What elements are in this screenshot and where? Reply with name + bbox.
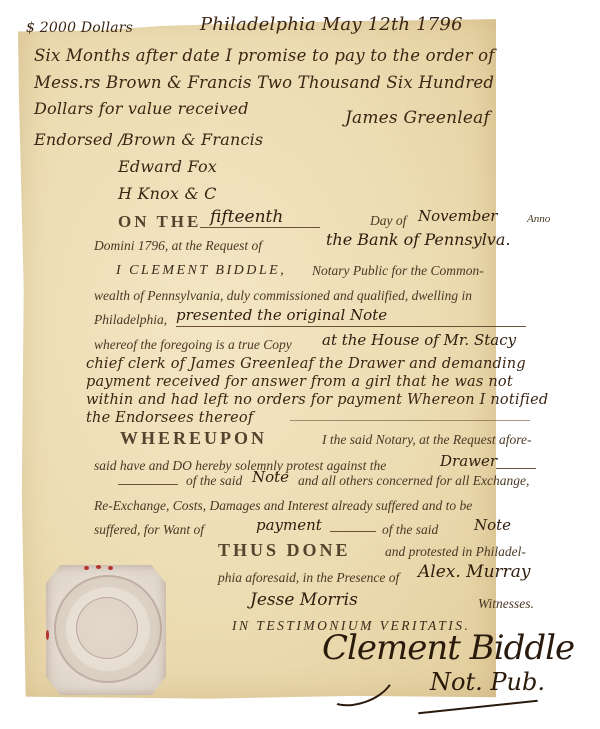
- whereof-line: whereof the foregoing is a true Copy: [94, 337, 292, 353]
- thus-done-heading: THUS DONE: [218, 540, 351, 561]
- witness-1: Alex. Murray: [418, 562, 531, 582]
- seal-emblem: [76, 597, 138, 659]
- day-fill: fifteenth: [210, 207, 283, 227]
- endorsed-label: Endorsed /: [34, 130, 124, 149]
- wax-mark: [46, 630, 49, 640]
- hand-line-1: chief clerk of James Greenleaf the Drawe…: [86, 356, 526, 372]
- hand-line-rule: [290, 420, 530, 421]
- requester-fill: the Bank of Pennsylva.: [326, 230, 510, 249]
- endorser-2: Edward Fox: [118, 157, 217, 176]
- wax-mark: [96, 565, 101, 569]
- of-said-label: of the said: [186, 473, 242, 489]
- note-signer: James Greenleaf: [345, 108, 490, 128]
- notarial-seal: [46, 565, 166, 695]
- want-rule: [330, 531, 376, 532]
- wax-mark: [84, 566, 89, 570]
- of-said-rest: and all others concerned for all Exchang…: [298, 473, 529, 489]
- wax-mark: [108, 566, 113, 570]
- hand-line-3: within and had left no orders for paymen…: [86, 392, 548, 408]
- protest-line: said have and DO hereby solemnly protest…: [94, 458, 386, 474]
- day-of-label: Day of: [370, 213, 406, 229]
- witnesses-label: Witnesses.: [478, 596, 534, 612]
- presented-rule: [176, 326, 526, 327]
- endorser-1: Brown & Francis: [122, 130, 263, 149]
- of-the-said-label: of the said: [382, 522, 438, 538]
- hand-line-2: payment received for answer from a girl …: [86, 374, 513, 390]
- suffered-label: suffered, for Want of: [94, 522, 204, 538]
- presence-line: phia aforesaid, in the Presence of: [218, 570, 399, 586]
- place-date: Philadelphia May 12th 1796: [200, 14, 463, 35]
- anno-label: Anno: [527, 213, 550, 225]
- hand-line-4: the Endorsees thereof: [86, 410, 253, 426]
- amount-line: $ 2000 Dollars: [26, 20, 133, 36]
- witness-2: Jesse Morris: [250, 590, 358, 610]
- endorser-3: H Knox & C: [118, 184, 217, 203]
- reexchange-line: Re-Exchange, Costs, Damages and Interest…: [94, 498, 472, 514]
- domini-line: Domini 1796, at the Request of: [94, 238, 262, 254]
- against-fill: Drawer: [440, 452, 497, 470]
- whereupon-heading: WHEREUPON: [120, 428, 267, 449]
- philadelphia-label: Philadelphia,: [94, 312, 167, 328]
- notary-name: I CLEMENT BIDDLE,: [116, 263, 286, 279]
- on-the-heading: ON THE: [118, 212, 201, 232]
- note-fill: Note: [252, 468, 289, 486]
- want-fill: payment: [256, 516, 322, 534]
- wealth-line: wealth of Pennsylvania, duly commissione…: [94, 288, 472, 304]
- day-fill-rule: [200, 227, 320, 228]
- whereupon-text: I the said Notary, at the Request afore-: [322, 432, 531, 448]
- house-fill: at the House of Mr. Stacy: [322, 331, 516, 349]
- against-rule: [496, 468, 536, 469]
- month-fill: November: [418, 207, 497, 225]
- notary-title-signature: Not. Pub.: [430, 668, 545, 696]
- note-line-1: Six Months after date I promise to pay t…: [34, 46, 495, 65]
- note-line-2: Mess.rs Brown & Francis Two Thousand Six…: [34, 73, 494, 92]
- presented-fill: presented the original Note: [176, 306, 387, 324]
- signature-underline: [418, 700, 538, 715]
- notary-title: Notary Public for the Common-: [312, 263, 484, 279]
- thus-done-text: and protested in Philadel-: [385, 544, 526, 560]
- note-fill-2: Note: [474, 516, 511, 534]
- of-said-rule: [118, 484, 178, 485]
- note-line-3: Dollars for value received: [34, 99, 249, 118]
